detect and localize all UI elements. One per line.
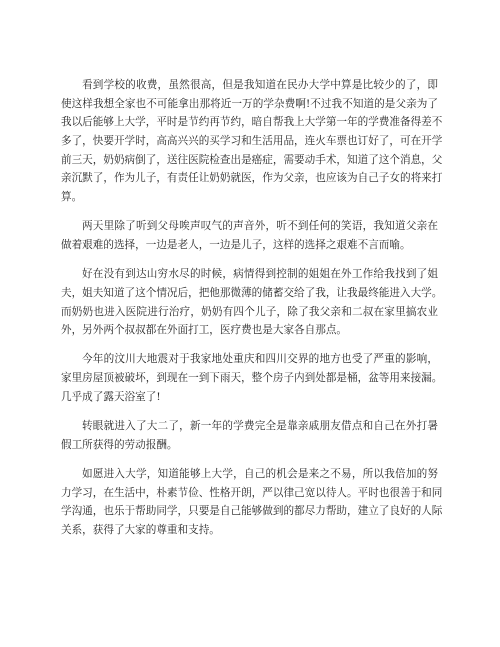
paragraph-3: 好在没有到达山穷水尽的时候，病情得到控制的姐姐在外工作给我找到了姐 夫，姐夫知道… <box>61 265 438 340</box>
text-line: 力学习，在生活中，朴素节俭、性格开朗，严以律己宽以待人。平时也很善于和同 <box>61 484 438 503</box>
document-page: 看到学校的收费，虽然很高，但是我知道在民办大学中算是比较少的了，即 使这样我想全… <box>0 0 500 647</box>
document-body: 看到学校的收费，虽然很高，但是我知道在民办大学中算是比较少的了，即 使这样我想全… <box>61 76 438 550</box>
text-line: 两天里除了听到父母唉声叹气的声音外，听不到任何的笑语，我知道父亲在 <box>61 217 438 236</box>
text-line: 转眼就进入了大二了，新一年的学费完全是靠亲戚朋友借点和自己在外打暑 <box>61 417 438 436</box>
text-line: 使这样我想全家也不可能拿出那将近一万的学杂费啊!不过我不知道的是父亲为了 <box>61 95 438 114</box>
text-line: 夫，姐夫知道了这个情况后，把他那微薄的储蓄交给了我，让我最终能进入大学。 <box>61 284 438 303</box>
text-line: 几乎成了露天浴室了! <box>61 388 438 407</box>
text-line: 看到学校的收费，虽然很高，但是我知道在民办大学中算是比较少的了，即 <box>61 76 438 95</box>
text-line: 好在没有到达山穷水尽的时候，病情得到控制的姐姐在外工作给我找到了姐 <box>61 265 438 284</box>
text-line: 今年的汶川大地震对于我家地处重庆和四川交界的地方也受了严重的影响， <box>61 350 438 369</box>
paragraph-5: 转眼就进入了大二了，新一年的学费完全是靠亲戚朋友借点和自己在外打暑 假工所获得的… <box>61 417 438 454</box>
text-line: 假工所获得的劳动报酬。 <box>61 436 438 455</box>
paragraph-1: 看到学校的收费，虽然很高，但是我知道在民办大学中算是比较少的了，即 使这样我想全… <box>61 76 438 207</box>
text-line: 我以后能够上大学，平时是节约再节约，暗自帮我上大学第一年的学费准备得差不 <box>61 113 438 132</box>
paragraph-4: 今年的汶川大地震对于我家地处重庆和四川交界的地方也受了严重的影响， 家里房屋顶被… <box>61 350 438 406</box>
text-line: 如愿进入大学，知道能够上大学，自己的机会是来之不易，所以我倍加的努 <box>61 465 438 484</box>
text-line: 而奶奶也进入医院进行治疗，奶奶有四个儿子，除了我父亲和二叔在家里搞农业 <box>61 303 438 322</box>
text-line: 前三天，奶奶病倒了，送往医院检查出是癌症，需要动手术，知道了这个消息，父 <box>61 151 438 170</box>
paragraph-2: 两天里除了听到父母唉声叹气的声音外，听不到任何的笑语，我知道父亲在 做着艰难的选… <box>61 217 438 254</box>
text-line: 学沟通，也乐于帮助同学，只要是自己能够做到的都尽力帮助，建立了良好的人际 <box>61 502 438 521</box>
paragraph-6: 如愿进入大学，知道能够上大学，自己的机会是来之不易，所以我倍加的努 力学习，在生… <box>61 465 438 540</box>
text-line: 算。 <box>61 188 438 207</box>
text-line: 关系，获得了大家的尊重和支持。 <box>61 521 438 540</box>
text-line: 外，另外两个叔叔都在外面打工，医疗费也是大家各自那点。 <box>61 321 438 340</box>
text-line: 多了，快要开学时，高高兴兴的买学习和生活用品，连火车票也订好了，可在开学 <box>61 132 438 151</box>
text-line: 做着艰难的选择，一边是老人，一边是儿子，这样的选择之艰难不言而喻。 <box>61 236 438 255</box>
text-line: 亲沉默了，作为儿子，有责任让奶奶就医，作为父亲，也应该为自己子女的将来打 <box>61 169 438 188</box>
text-line: 家里房屋顶被破坏，到现在一到下雨天，整个房子内到处都是桶，盆等用来接漏。 <box>61 369 438 388</box>
